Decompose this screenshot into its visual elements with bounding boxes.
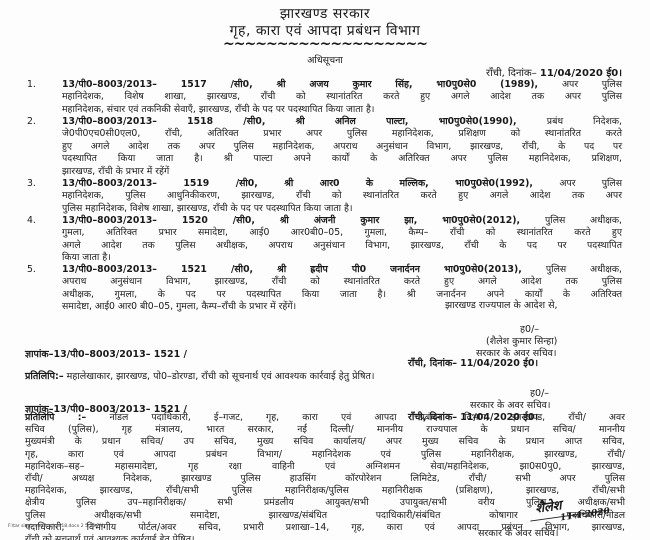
issue-date: राँची, दिनांक– 11/04/2020 ई0। xyxy=(486,65,622,79)
order-text: 13/पी0–8003/2013– 1520 /सी0, श्री अंजनी … xyxy=(62,215,622,265)
order-text: 13/पी0–8003/2013– 1517 /सी0, श्री अजय कु… xyxy=(62,79,622,116)
copy-label: प्रतिलिपि :– xyxy=(25,412,109,423)
order-reference: 13/पी0–8003/2013– 1518 /सी0, श्री अनिल प… xyxy=(62,116,547,127)
notification-document: झारखण्ड सरकार गृह, कारा एवं आपदा प्रबंधन… xyxy=(0,0,650,540)
header-divider: ~~~~~~~~~~~~~~~~~~~ xyxy=(0,36,650,52)
order-number: 2. xyxy=(27,116,36,128)
order-number: 5. xyxy=(27,264,36,276)
footer-filename: F:\tar singh notification 18.docx 2 5:25… xyxy=(8,524,103,529)
order-reference: 13/पी0–8003/2013– 1517 /सी0, श्री अजय कु… xyxy=(62,79,562,90)
memo-ref-1: ज्ञापांक–13/पी0–8003/2013– 1521 / xyxy=(25,347,187,360)
order-reference: 13/पी0–8003/2013– 1520 /सी0, श्री अंजनी … xyxy=(62,215,545,226)
memo-date-1: राँची, दिनांक– 11/04/2020 ई0। xyxy=(408,356,538,369)
order-reference: 13/पी0–8003/2013– 1521 /सी0, श्री ह्रदीप… xyxy=(62,264,546,275)
signatory-designation-3: सरकार के अवर सचिव। xyxy=(478,526,559,539)
order-text: 13/पी0–8003/2013– 1518 /सी0, श्री अनिल प… xyxy=(62,116,622,178)
order-text: 13/पी0–8003/2013– 1519 /सी0, श्री आर0 के… xyxy=(62,178,622,215)
governor-order-line: झारखण्ड राज्यपाल के आदेश से, xyxy=(445,298,558,311)
order-number: 3. xyxy=(27,178,36,190)
memo-copy-1: प्रतिलिपि:– महालेखाकार, झारखण्ड, पो0–डोर… xyxy=(25,369,375,382)
order-reference: 13/पी0–8003/2013– 1519 /सी0, श्री आर0 के… xyxy=(62,178,559,189)
order-number: 4. xyxy=(27,215,36,227)
order-number: 1. xyxy=(27,79,36,91)
handwritten-signature: शैलेश xyxy=(534,495,563,517)
